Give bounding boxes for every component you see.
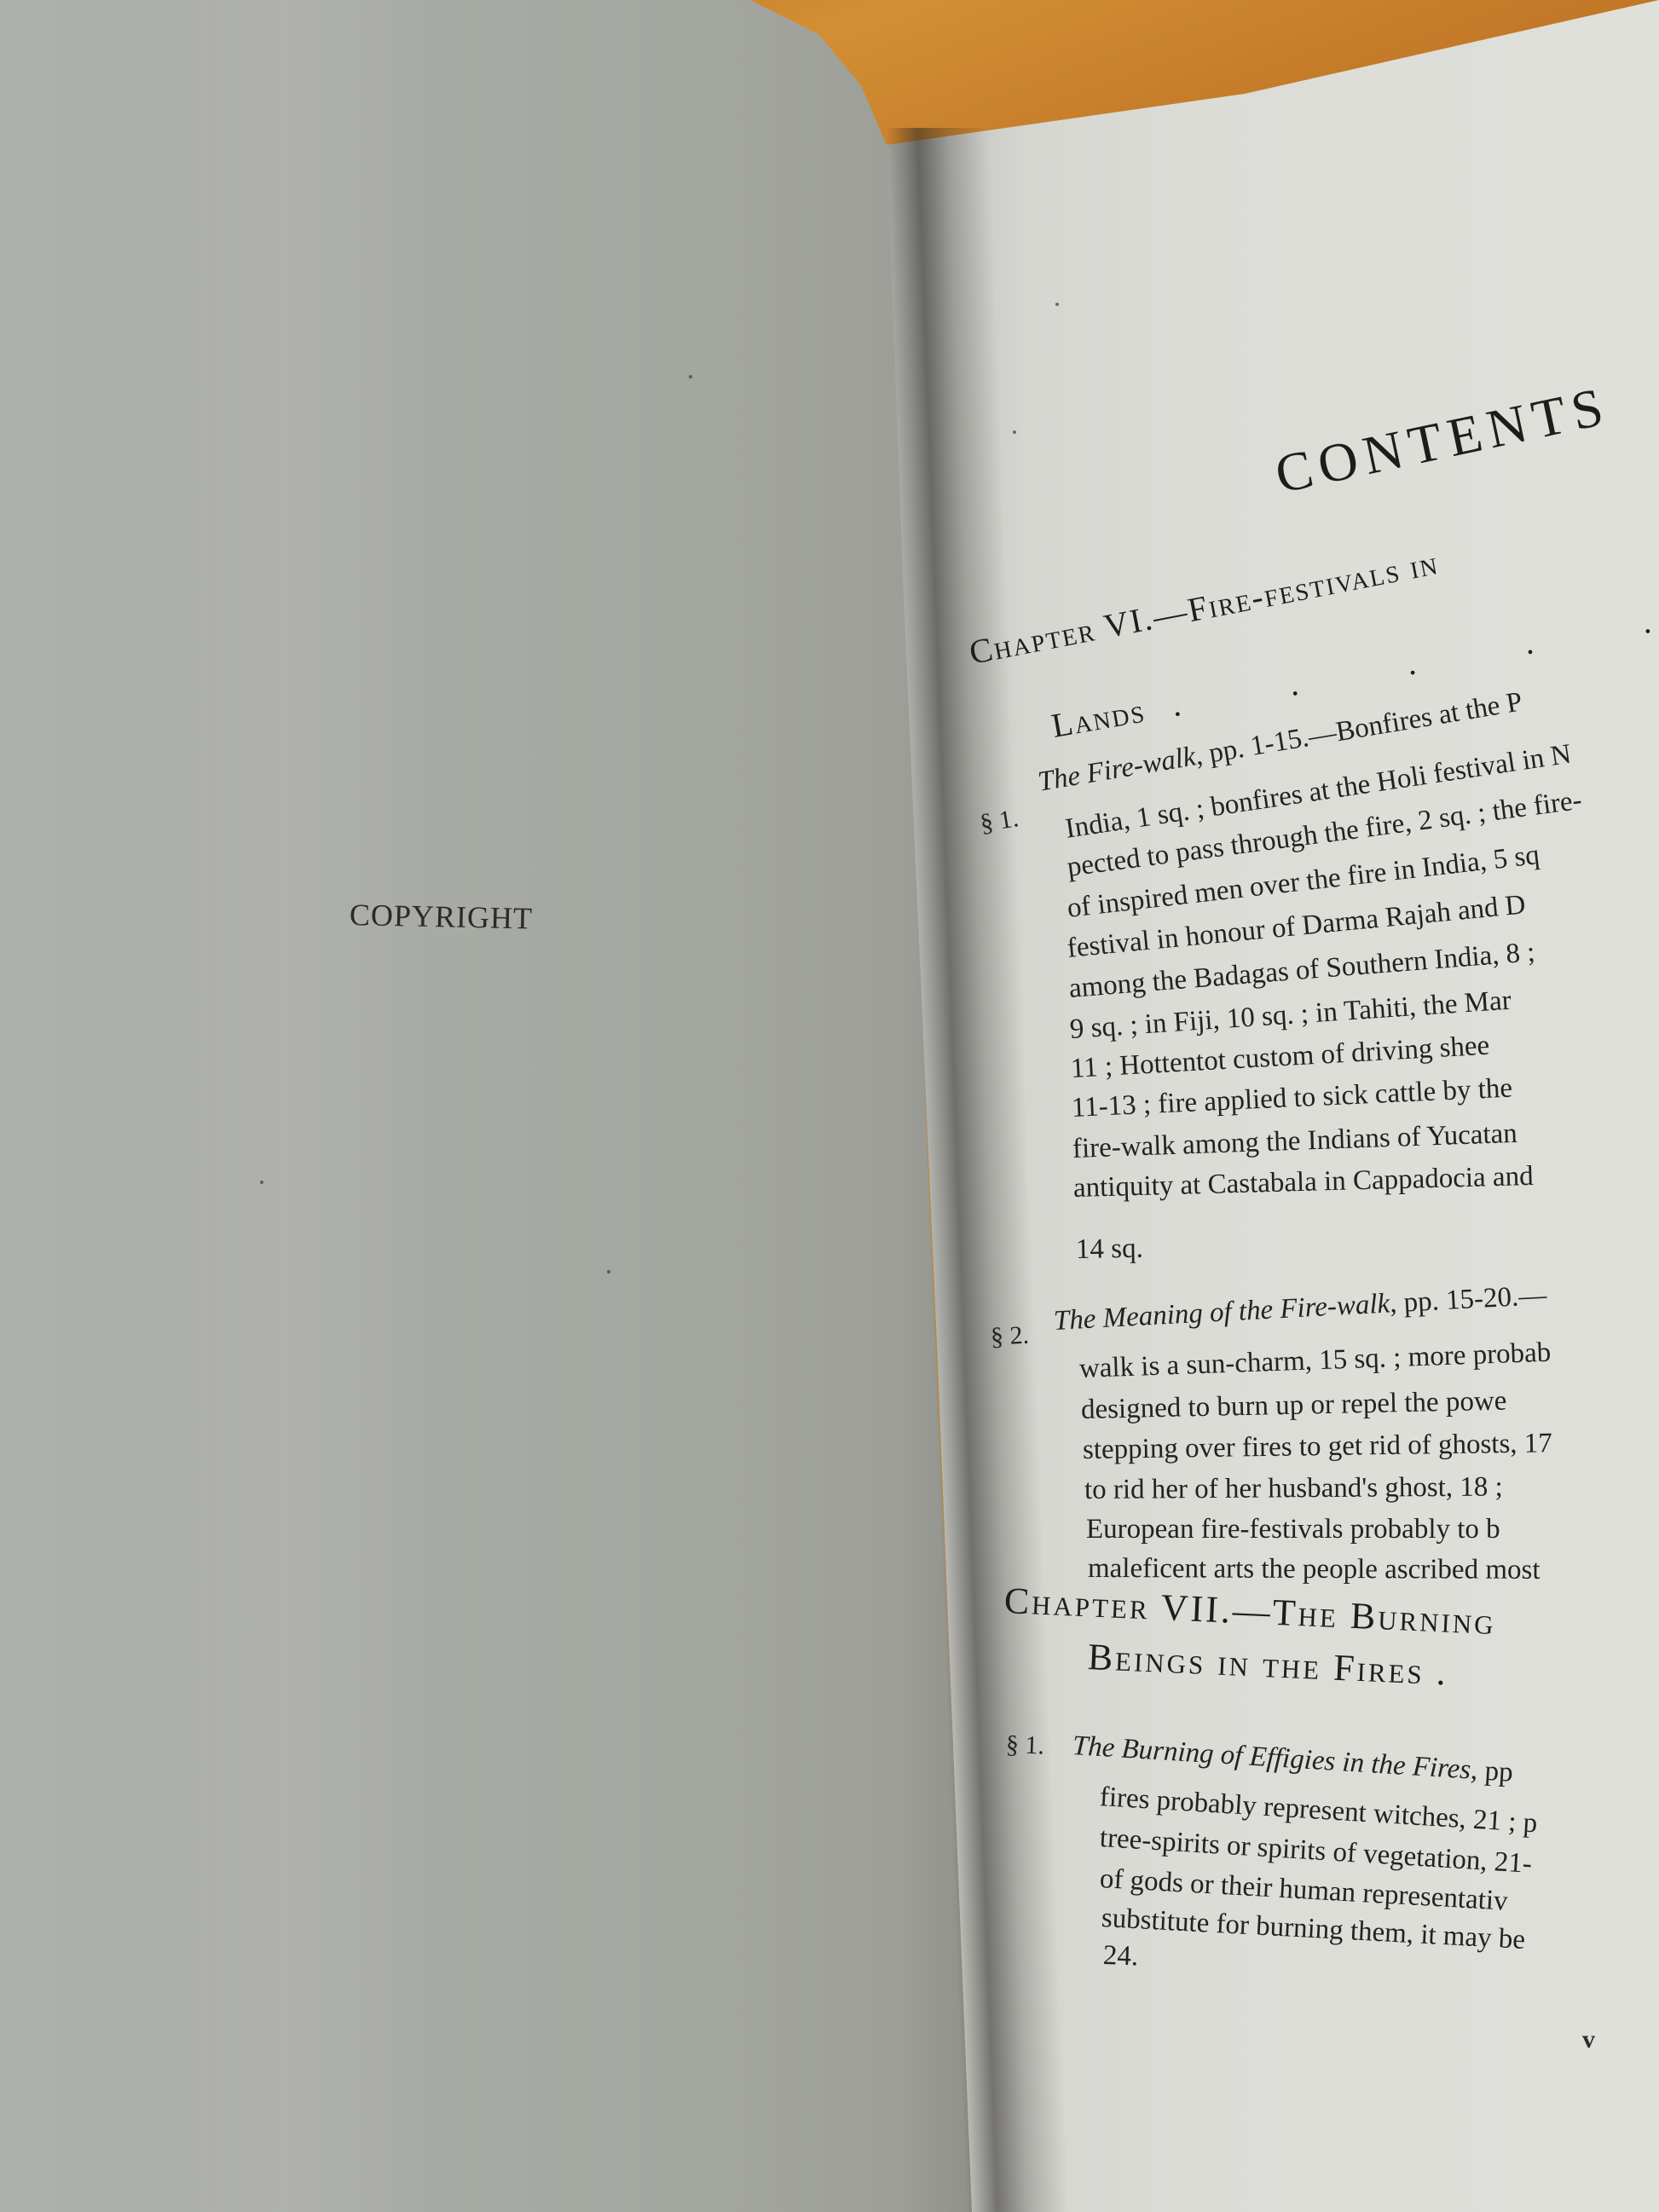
paper-speck — [689, 375, 692, 378]
toc-line: 14 sq. — [1076, 1233, 1143, 1266]
toc-line: to rid her of her husband's ghost, 18 ; — [1084, 1472, 1503, 1506]
page-title: CONTENTS — [1270, 374, 1616, 506]
copyright-label: COPYRIGHT — [350, 897, 534, 936]
toc-line: stepping over fires to get rid of ghosts… — [1083, 1428, 1552, 1466]
section-mark: § 1. — [978, 804, 1020, 839]
section-title: The Fire-walk — [1036, 741, 1198, 797]
toc-line: maleficent arts the people ascribed most — [1088, 1553, 1540, 1586]
chapter-7-heading-cont: Beings in the Fires . — [1087, 1635, 1449, 1694]
text-layer: COPYRIGHT CONTENTS Chapter VI.—Fire-fest… — [0, 0, 1659, 2212]
toc-line: European fire-festivals probably to b — [1086, 1514, 1500, 1545]
paper-speck — [260, 1181, 263, 1184]
paper-speck — [607, 1270, 610, 1273]
page-number: v — [1582, 2025, 1595, 2054]
paper-speck — [1013, 430, 1016, 434]
section-title: The Meaning of the Fire-walk — [1053, 1288, 1390, 1337]
toc-line: designed to burn up or repel the powe — [1081, 1386, 1507, 1426]
section-mark: § 2. — [990, 1321, 1030, 1352]
section-title-line: The Meaning of the Fire-walk, pp. 15-20.… — [1053, 1280, 1547, 1337]
section-title-line: The Burning of Effigies in the Fires, pp — [1072, 1730, 1514, 1789]
chapter-7-heading: Chapter VII.—The Burning — [1003, 1579, 1497, 1643]
toc-line: walk is a sun-charm, 15 sq. ; more proba… — [1078, 1337, 1552, 1385]
toc-line: fire-walk among the Indians of Yucatan — [1072, 1118, 1517, 1165]
paper-speck — [1055, 303, 1059, 306]
toc-line: 24. — [1102, 1940, 1139, 1972]
section-mark: § 1. — [1005, 1730, 1044, 1761]
chapter-6-heading-line2: Lands — [1049, 690, 1148, 745]
toc-line: antiquity at Castabala in Cappadocia and — [1073, 1161, 1535, 1204]
section-title: The Burning of Effigies in the Fires — [1072, 1730, 1471, 1786]
